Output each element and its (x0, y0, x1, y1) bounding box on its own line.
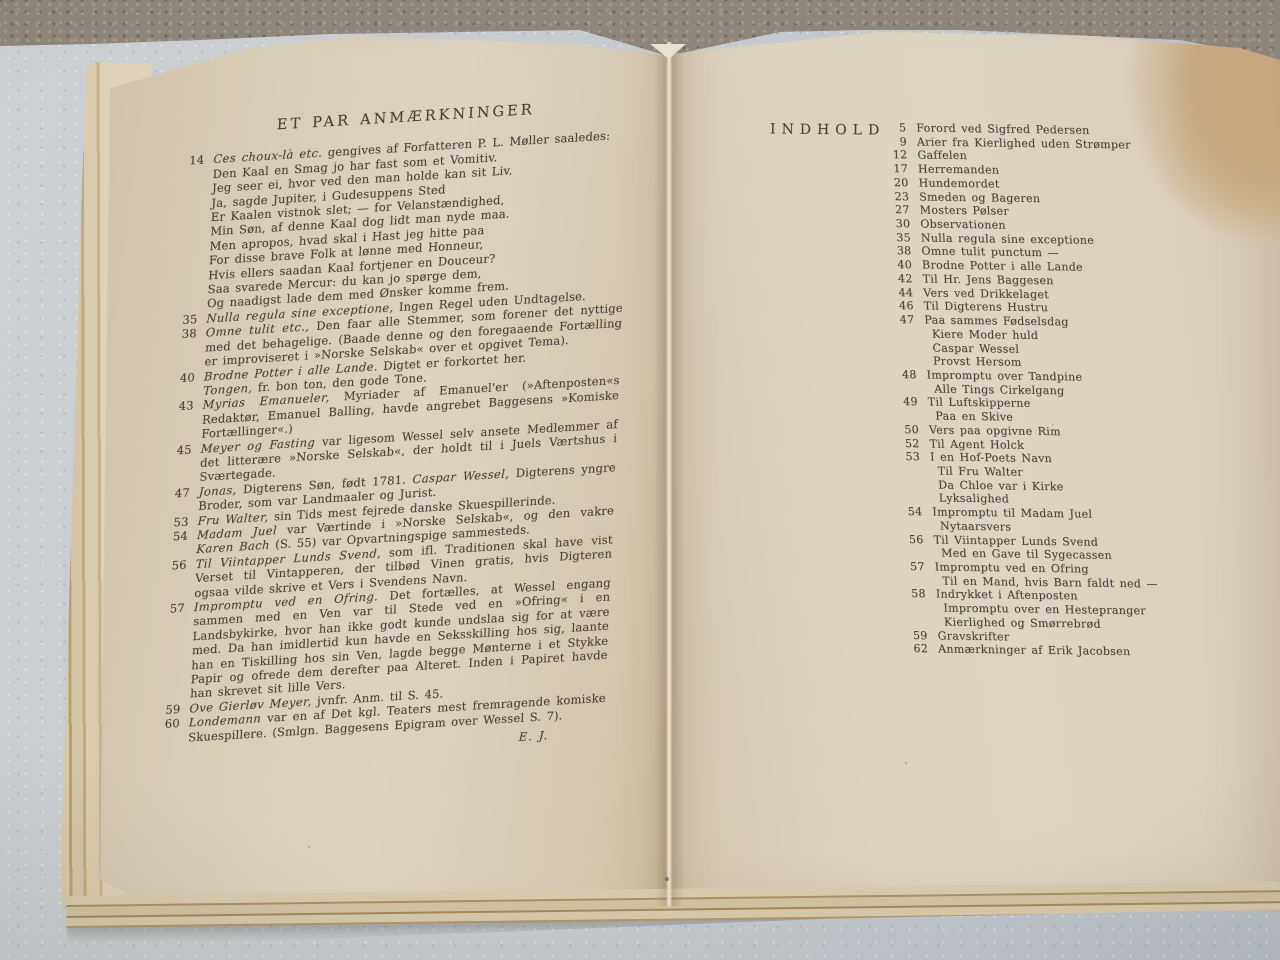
toc-page-number (900, 491, 923, 505)
toc-page-number: 57 (902, 560, 925, 574)
toc-page-number (894, 354, 917, 368)
toc-page-number: 52 (897, 437, 920, 451)
page-gutter (654, 42, 684, 906)
annotation-text: Ces choux-là etc. gengives af Forfattere… (207, 128, 631, 312)
toc-page-number: 62 (906, 642, 929, 656)
toc-page-number: 40 (890, 258, 913, 272)
toc-page-number: 27 (887, 203, 910, 217)
dust-specks (0, 0, 2, 2)
toc-entry-label: Lyksalighed (932, 492, 1010, 507)
toc-page-number (896, 409, 919, 423)
toc-page-number: 53 (898, 450, 921, 464)
left-page-content: ET PAR ANMÆRKNINGER 14 Ces choux-là etc.… (152, 97, 632, 766)
annotation-number: 54 (161, 528, 197, 559)
toc-entry-label: Observationen (920, 217, 1006, 232)
annotation-number: 60 (153, 716, 189, 747)
toc-entry-label: Paa en Skive (928, 410, 1013, 425)
annotation-number: 56 (159, 557, 196, 602)
toc-page-number: 50 (897, 423, 920, 437)
torn-corner (1120, 40, 1280, 250)
toc-page-number: 59 (905, 629, 928, 643)
toc-page-number: 58 (904, 587, 927, 601)
toc-list: 5 Forord ved Sigfred Pedersen 9 Arier fr… (884, 121, 1161, 660)
toc-page-number: 12 (885, 148, 908, 162)
toc-entry-label: Nytaarsvers (933, 519, 1012, 534)
toc-page-number: 48 (894, 368, 917, 382)
toc-page-number: 17 (886, 162, 909, 176)
toc-page-number: 46 (891, 299, 914, 313)
annotation-number: 38 (169, 326, 206, 371)
toc-entry-label: Til Agent Holck (929, 437, 1024, 452)
toc-page-number: 23 (887, 190, 910, 204)
toc-page-number: 35 (889, 231, 912, 245)
toc-entry-label: Gaffelen (917, 149, 967, 163)
annotation-number: 43 (166, 398, 203, 443)
toc-page-number: 20 (886, 176, 909, 190)
toc-entry-label: Til Luftskipperne (928, 396, 1031, 411)
annotation-number: 45 (164, 441, 201, 486)
annotations-list: 14 Ces choux-là etc. gengives af Forfatt… (153, 128, 631, 747)
toc-page-number: 54 (900, 505, 923, 519)
toc-page-number: 56 (901, 533, 924, 547)
toc-entry-label: Caspar Wessel (925, 341, 1019, 356)
toc-page-number: 49 (896, 395, 919, 409)
toc-entry-label: Anmærkninger af Erik Jacobsen (938, 643, 1131, 659)
annotation-number: 47 (163, 485, 199, 516)
toc-page-number: 47 (892, 313, 915, 327)
toc-entry-label: Gravskrifter (937, 629, 1009, 644)
toc-page-number (904, 601, 927, 615)
toc-page-number (895, 382, 918, 396)
toc-page-number (893, 340, 916, 354)
toc-page-number (902, 546, 925, 560)
toc-page-number: 30 (888, 217, 911, 231)
toc-page-number (901, 519, 924, 533)
toc-page-number: 38 (889, 244, 912, 258)
annotation-number: 57 (155, 600, 194, 703)
annotation-item: 14 Ces choux-là etc. gengives af Forfatt… (172, 128, 631, 314)
toc-page-number (905, 615, 928, 629)
toc-page-number: 44 (891, 286, 914, 300)
toc-page-number (903, 574, 926, 588)
toc-page-number: 9 (885, 135, 908, 149)
toc-page-number: 5 (884, 121, 907, 135)
toc-entry-label: Til Fru Walter (930, 464, 1023, 479)
toc-entry-label: Mosters Pølser (919, 204, 1009, 219)
toc-page-number: 42 (890, 272, 913, 286)
toc-page-number (893, 327, 916, 341)
toc-entry-label: Hundemordet (918, 176, 1000, 191)
toc-title: INDHOLD (770, 121, 885, 138)
toc-entry-label: Herremanden (918, 163, 1000, 178)
annotation-number: 40 (168, 369, 204, 400)
toc-entry-label: Provst Hersom (926, 355, 1022, 370)
toc-page-number (899, 478, 922, 492)
toc-page-number (898, 464, 921, 478)
book-photo: ET PAR ANMÆRKNINGER 14 Ces choux-là etc.… (0, 0, 1280, 960)
